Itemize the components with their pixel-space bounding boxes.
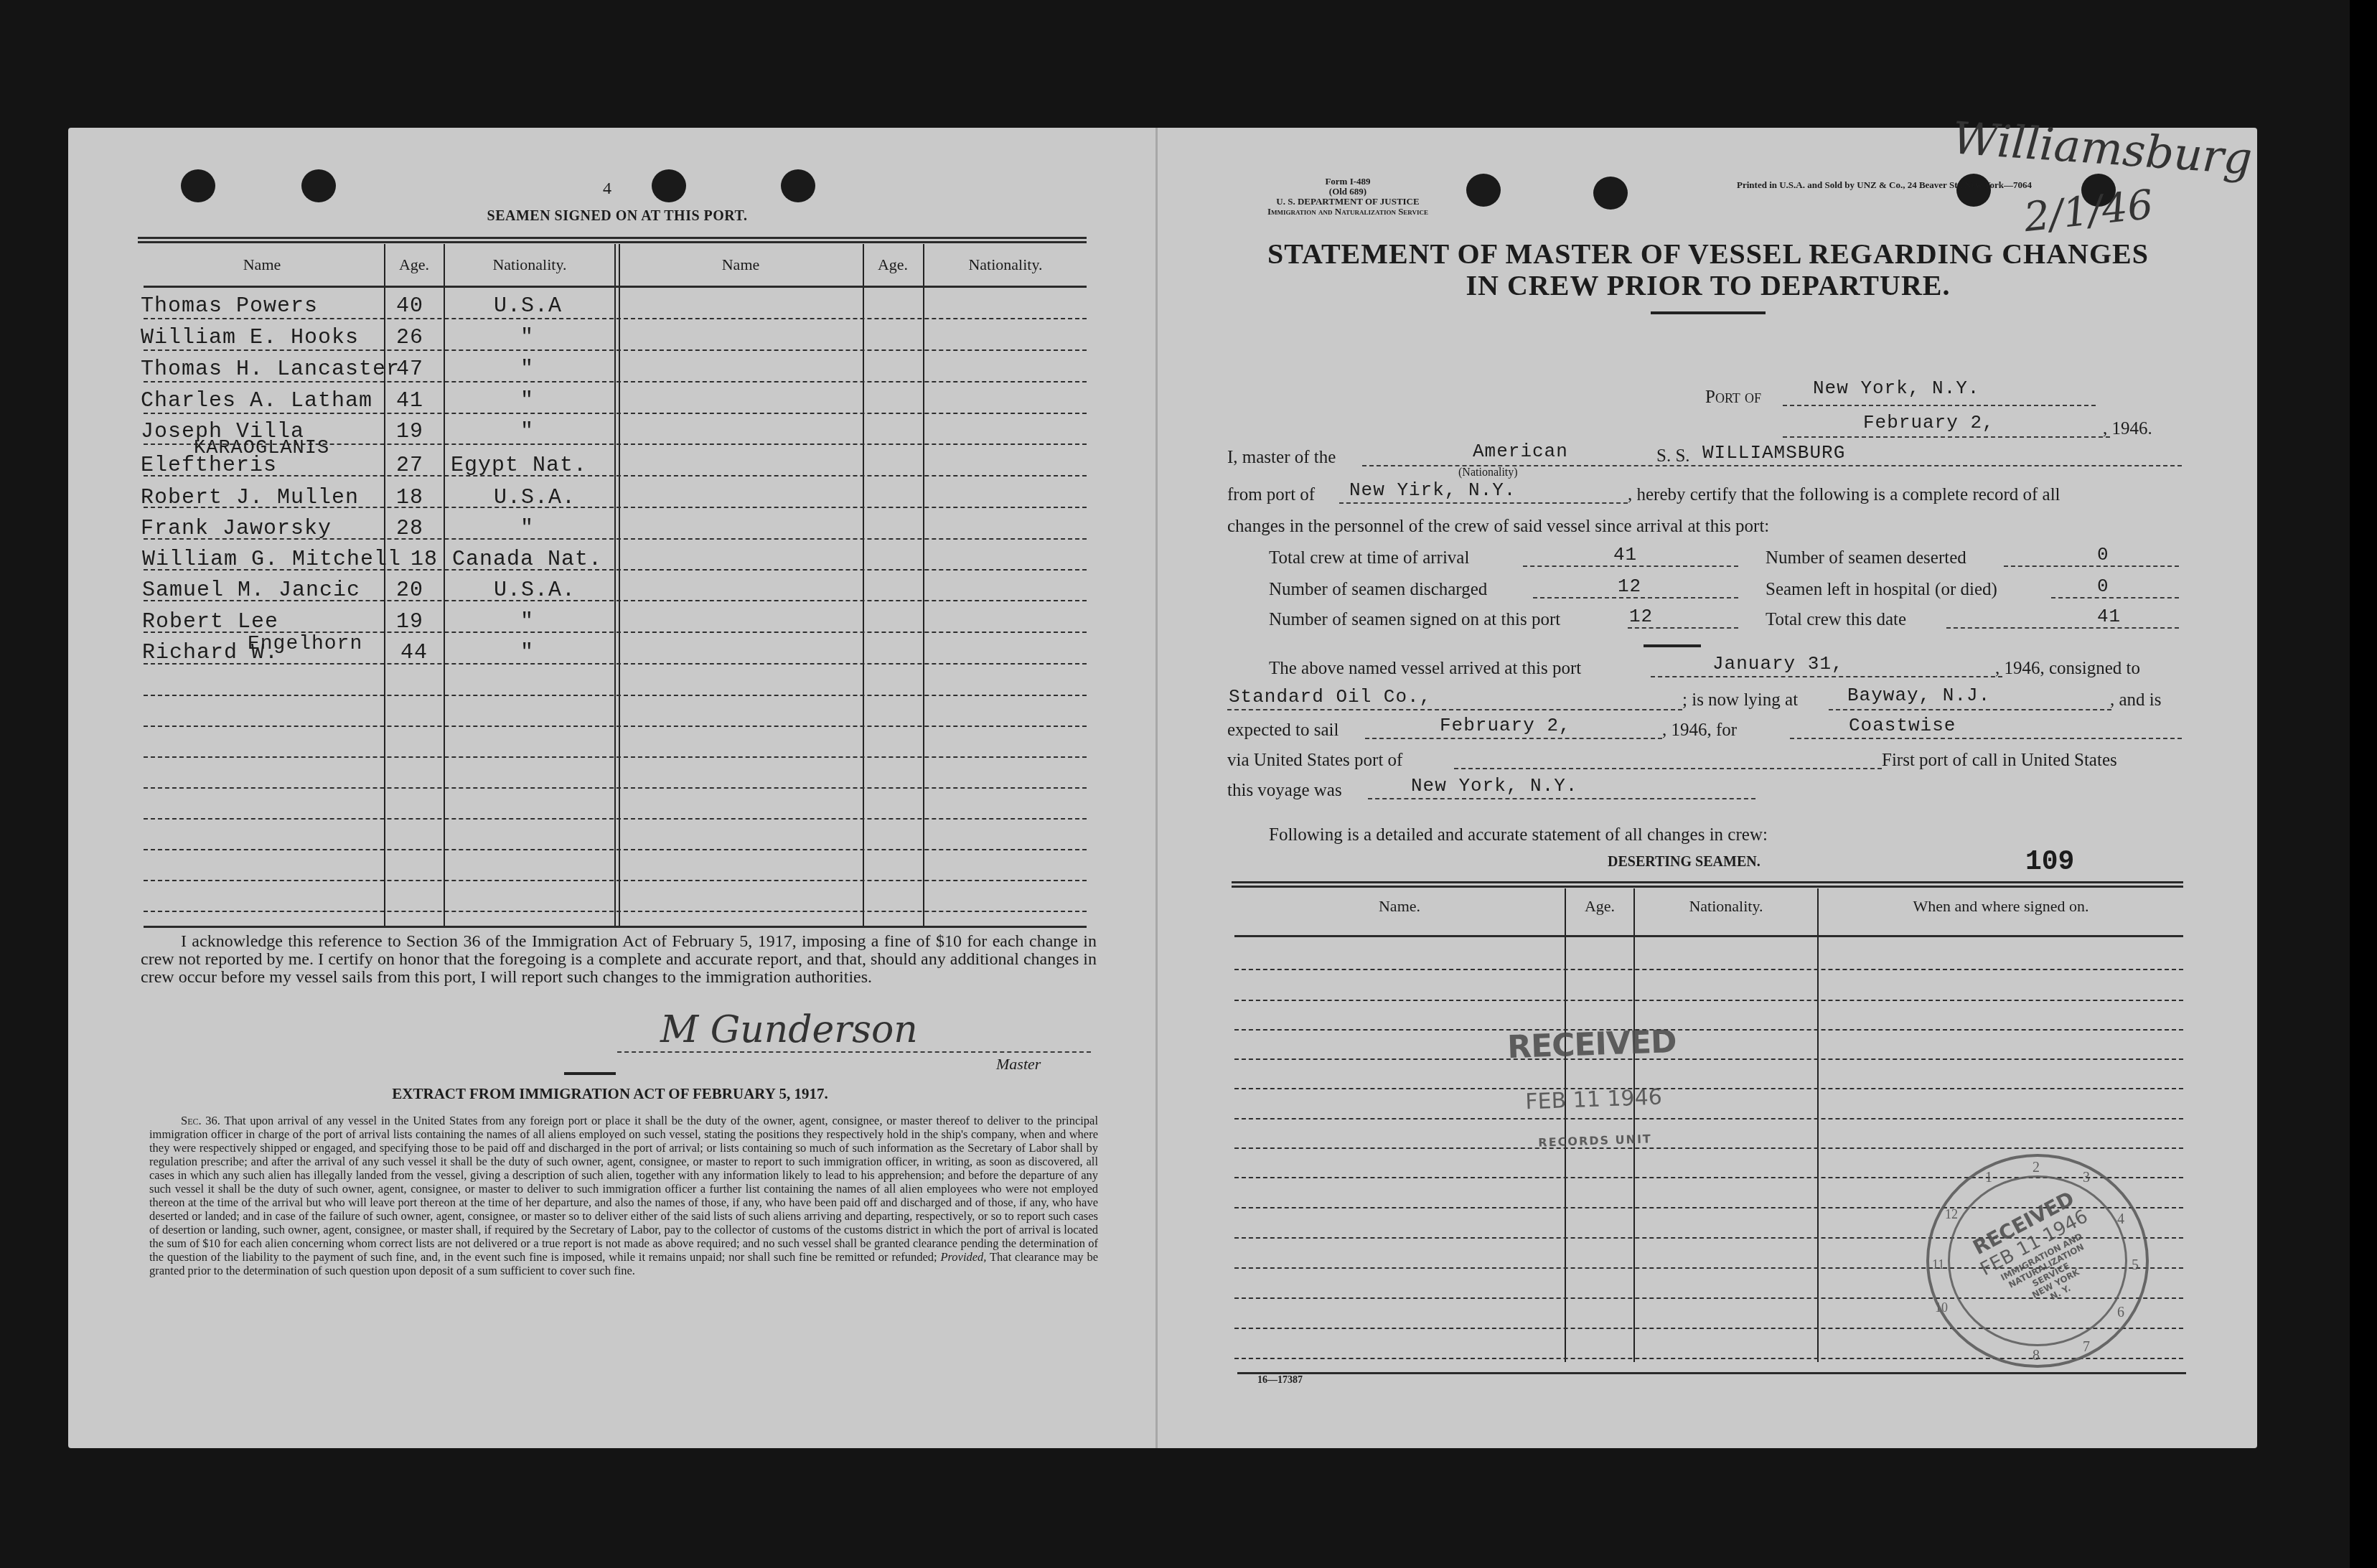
column-divider [1817,888,1819,1362]
column-header-age-2: Age. [864,255,922,274]
from-port-field-line [1339,502,1628,504]
stat-value-signed-on[interactable]: 12 [1629,606,1653,627]
round-received-stamp: RECEIVED FEB 11 1946 IMMIGRATION AND NAT… [1926,1154,2149,1368]
sail-date-value[interactable]: February 2, [1440,715,1571,736]
form-header: Form I-489 (Old 689) U. S. DEPARTMENT OF… [1233,177,1463,217]
following-text: Following is a detailed and accurate sta… [1269,825,1768,845]
seaman-nationality: " [520,389,534,413]
stat-value-discharged[interactable]: 12 [1618,576,1641,597]
master-of-label: I, master of the [1227,448,1336,468]
stat-value-total-arrival[interactable]: 41 [1613,544,1637,565]
nationality-caption: (Nationality) [1458,466,1518,479]
via-label: via United States port of [1227,751,1402,771]
seaman-age: 20 [396,578,423,603]
scan-edge-strip [2350,0,2377,1568]
voyage-value[interactable]: New York, N.Y. [1411,775,1577,797]
seaman-nationality: " [520,420,534,444]
deserting-title: DESERTING SEAMEN. [1608,854,1761,870]
column-header-age: Age. [385,255,443,274]
seaman-nationality: Egypt Nat. [451,454,587,478]
sail-label: expected to sail [1227,720,1339,741]
seaman-name: William G. Mitchell [142,548,401,572]
seaman-age: 44 [400,641,428,665]
stamp-ring-number: 4 [2117,1211,2124,1228]
footer-code: 16—17387 [1257,1375,1303,1386]
section-divider [1644,644,1701,647]
punch-hole-icon [1593,177,1628,210]
stamp-ring-number: 6 [2117,1305,2124,1321]
seaman-age: 18 [396,486,423,510]
stat-value-total-date[interactable]: 41 [2097,606,2121,627]
seaman-age: 27 [396,454,423,478]
department-name: U. S. DEPARTMENT OF JUSTICE [1233,197,1463,207]
deserting-header-rule [1234,935,2183,937]
voyage-label: this voyage was [1227,781,1342,801]
stamp-ring-number: 12 [1945,1207,1958,1222]
service-name: Immigration and Naturalization Service [1233,207,1463,217]
desert-header-signed-on: When and where signed on. [1819,897,2183,916]
stamp-ring-number: 2 [2033,1160,2040,1176]
arrived-field-line [1651,676,2002,677]
extract-section-label: Sec. 36. [181,1114,220,1127]
stat-field-line [2051,597,2179,598]
column-divider [863,244,864,926]
stat-field-line [1946,627,2179,629]
seaman-age: 19 [396,610,423,634]
stat-label: Total crew this date [1766,610,1906,630]
form-old-number: (Old 689) [1233,187,1463,197]
stat-field-line [1533,597,1738,598]
stat-label: Number of seamen signed on at this port [1269,610,1560,630]
lying-label: ; is now lying at [1682,690,1798,710]
punch-hole-icon [781,169,815,202]
deserting-table-bottom-rule [1237,1372,2186,1374]
from-port-value[interactable]: New Yirk, N.Y. [1349,479,1516,501]
form-title-line-2: IN CREW PRIOR TO DEPARTURE. [1220,270,2196,301]
arrived-label: The above named vessel arrived at this p… [1269,659,1581,679]
acknowledgement-text: I acknowledge this reference to Section … [141,933,1097,987]
extract-title: EXTRACT FROM IMMIGRATION ACT OF FEBRUARY… [215,1085,1005,1103]
stat-value-deserted[interactable]: 0 [2097,544,2109,565]
punch-hole-icon [1466,174,1501,207]
title-underline [1651,311,1766,314]
via-field-line [1454,768,1882,769]
seaman-nationality: " [520,517,534,541]
section-divider [564,1072,616,1075]
seaman-name: Robert J. Mullen [141,486,359,510]
desert-header-age: Age. [1566,897,1633,916]
section-title: SEAMEN SIGNED ON AT THIS PORT. [373,208,861,225]
ss-label: S. S. [1656,446,1690,466]
vessel-name-value[interactable]: WILLIAMSBURG [1702,442,1845,464]
column-header-nationality: Nationality. [445,255,614,274]
table-bottom-rule [144,926,1087,928]
and-is-text: , and is [2110,690,2162,710]
seaman-nationality: " [520,357,534,382]
stamp-ring-number: 5 [2132,1257,2139,1274]
seaman-nationality: U.S.A [494,294,562,319]
page-fold-seam [1155,128,1158,1448]
stamp-ring-number: 8 [2033,1348,2040,1364]
column-divider [384,244,385,926]
destination-value[interactable]: Coastwise [1849,715,1956,736]
stat-label: Number of seamen deserted [1766,548,1966,568]
changes-text: changes in the personnel of the crew of … [1227,517,1769,537]
form-number: Form I-489 [1233,177,1463,187]
column-divider [923,244,924,926]
port-label: Port of [1705,388,1761,408]
date-year: , 1946. [2103,419,2152,439]
stat-value-hospital[interactable]: 0 [2097,576,2109,597]
stamp-ring-number: 7 [2083,1339,2090,1356]
stat-field-line [1628,627,1738,629]
lying-field-line [1829,709,2111,710]
seaman-age: 41 [396,389,423,413]
seaman-age: 18 [411,548,438,572]
stamp-ring-number: 1 [1985,1170,1992,1186]
header-bottom-rule [144,286,1087,288]
seaman-age: 28 [396,517,423,541]
column-divider [619,244,620,926]
punch-hole-icon [181,169,215,202]
seaman-nationality: " [520,610,534,634]
extract-text: That upon arrival of any vessel in the U… [149,1114,1098,1264]
stamp-ring-number: 3 [2083,1170,2090,1186]
stamp-number: 109 [2025,847,2074,878]
seaman-nationality: " [520,326,534,350]
extract-body: Sec. 36. That upon arrival of any vessel… [149,1114,1098,1277]
desert-header-name: Name. [1234,897,1565,916]
column-divider [444,244,445,926]
destination-field-line [1790,738,2182,739]
stamp-ring-number: 11 [1932,1257,1944,1272]
seaman-surname: Engelhorn [248,633,362,655]
column-header-name: Name [144,255,380,274]
stat-field-line [1523,565,1738,567]
seaman-nationality: Canada Nat. [452,548,602,572]
page-number: 4 [603,179,611,199]
arrived-date-value[interactable]: January 31, [1712,653,1844,675]
port-value[interactable]: New York, N.Y. [1813,377,1979,399]
seaman-age: 19 [396,420,423,444]
deserting-table-top-rule [1232,881,2183,888]
stat-label: Total crew at time of arrival [1269,548,1469,568]
seaman-age: 26 [396,326,423,350]
date-value[interactable]: February 2, [1863,412,1994,433]
punch-hole-icon [652,169,686,202]
received-stamp-date: FEB 11 1946 [1486,1084,1702,1116]
certify-text: , hereby certify that the following is a… [1628,485,2060,505]
sail-year: , 1946, for [1662,720,1737,741]
table-top-rule [138,237,1087,243]
seaman-age: 40 [396,294,423,319]
seaman-nationality: U.S.A. [494,578,576,603]
desert-header-nationality: Nationality. [1635,897,1817,916]
first-port-label: First port of call in United States [1882,751,2117,771]
stamp-ring-number: 10 [1935,1300,1948,1315]
date-field-line [1783,436,2110,438]
signature-line [617,1051,1091,1053]
seaman-name: Samuel M. Jancic [142,578,360,603]
seaman-name: Frank Jaworsky [141,517,332,541]
seaman-name: Eleftheris [141,454,277,478]
column-header-name-2: Name [620,255,861,274]
lying-value[interactable]: Bayway, N.J. [1847,685,1990,706]
voyage-field-line [1368,798,1755,799]
form-title: STATEMENT OF MASTER OF VESSEL REGARDING … [1220,238,2196,301]
stat-label: Seamen left in hospital (or died) [1766,580,1997,600]
seaman-nationality: " [520,641,534,665]
stat-label: Number of seamen discharged [1269,580,1487,600]
arrived-year: , 1946, consigned to [1995,659,2140,679]
from-port-label: from port of [1227,485,1315,505]
seaman-name: Charles A. Latham [141,389,372,413]
consignee-field-line [1227,709,1682,710]
received-stamp-title: RECEIVED [1483,1023,1700,1066]
received-stamp: RECEIVED FEB 11 1946 RECORDS UNIT [1483,1023,1703,1151]
seaman-name: Robert Lee [142,610,278,634]
printer-line: Printed in U.S.A. and Sold by UNZ & Co.,… [1737,179,2032,191]
signature-label: Master [996,1055,1041,1074]
vessel-nationality-value[interactable]: American [1473,441,1568,462]
seaman-name: William E. Hooks [141,326,359,350]
form-title-line-1: STATEMENT OF MASTER OF VESSEL REGARDING … [1220,238,2196,270]
column-header-nationality-2: Nationality. [924,255,1087,274]
master-signature: M Gunderson [660,1008,918,1051]
punch-hole-icon [301,169,336,202]
port-field-line [1783,405,2096,406]
extract-provided: Provided, [940,1250,986,1264]
stat-field-line [2004,565,2179,567]
seaman-age: 47 [396,357,423,382]
consignee-value[interactable]: Standard Oil Co., [1229,686,1431,708]
sail-field-line [1365,738,1662,739]
seaman-nationality: U.S.A. [494,486,576,510]
seaman-name: Thomas Powers [141,294,318,319]
seaman-name: Thomas H. Lancaster [141,357,400,382]
column-divider [614,244,616,926]
